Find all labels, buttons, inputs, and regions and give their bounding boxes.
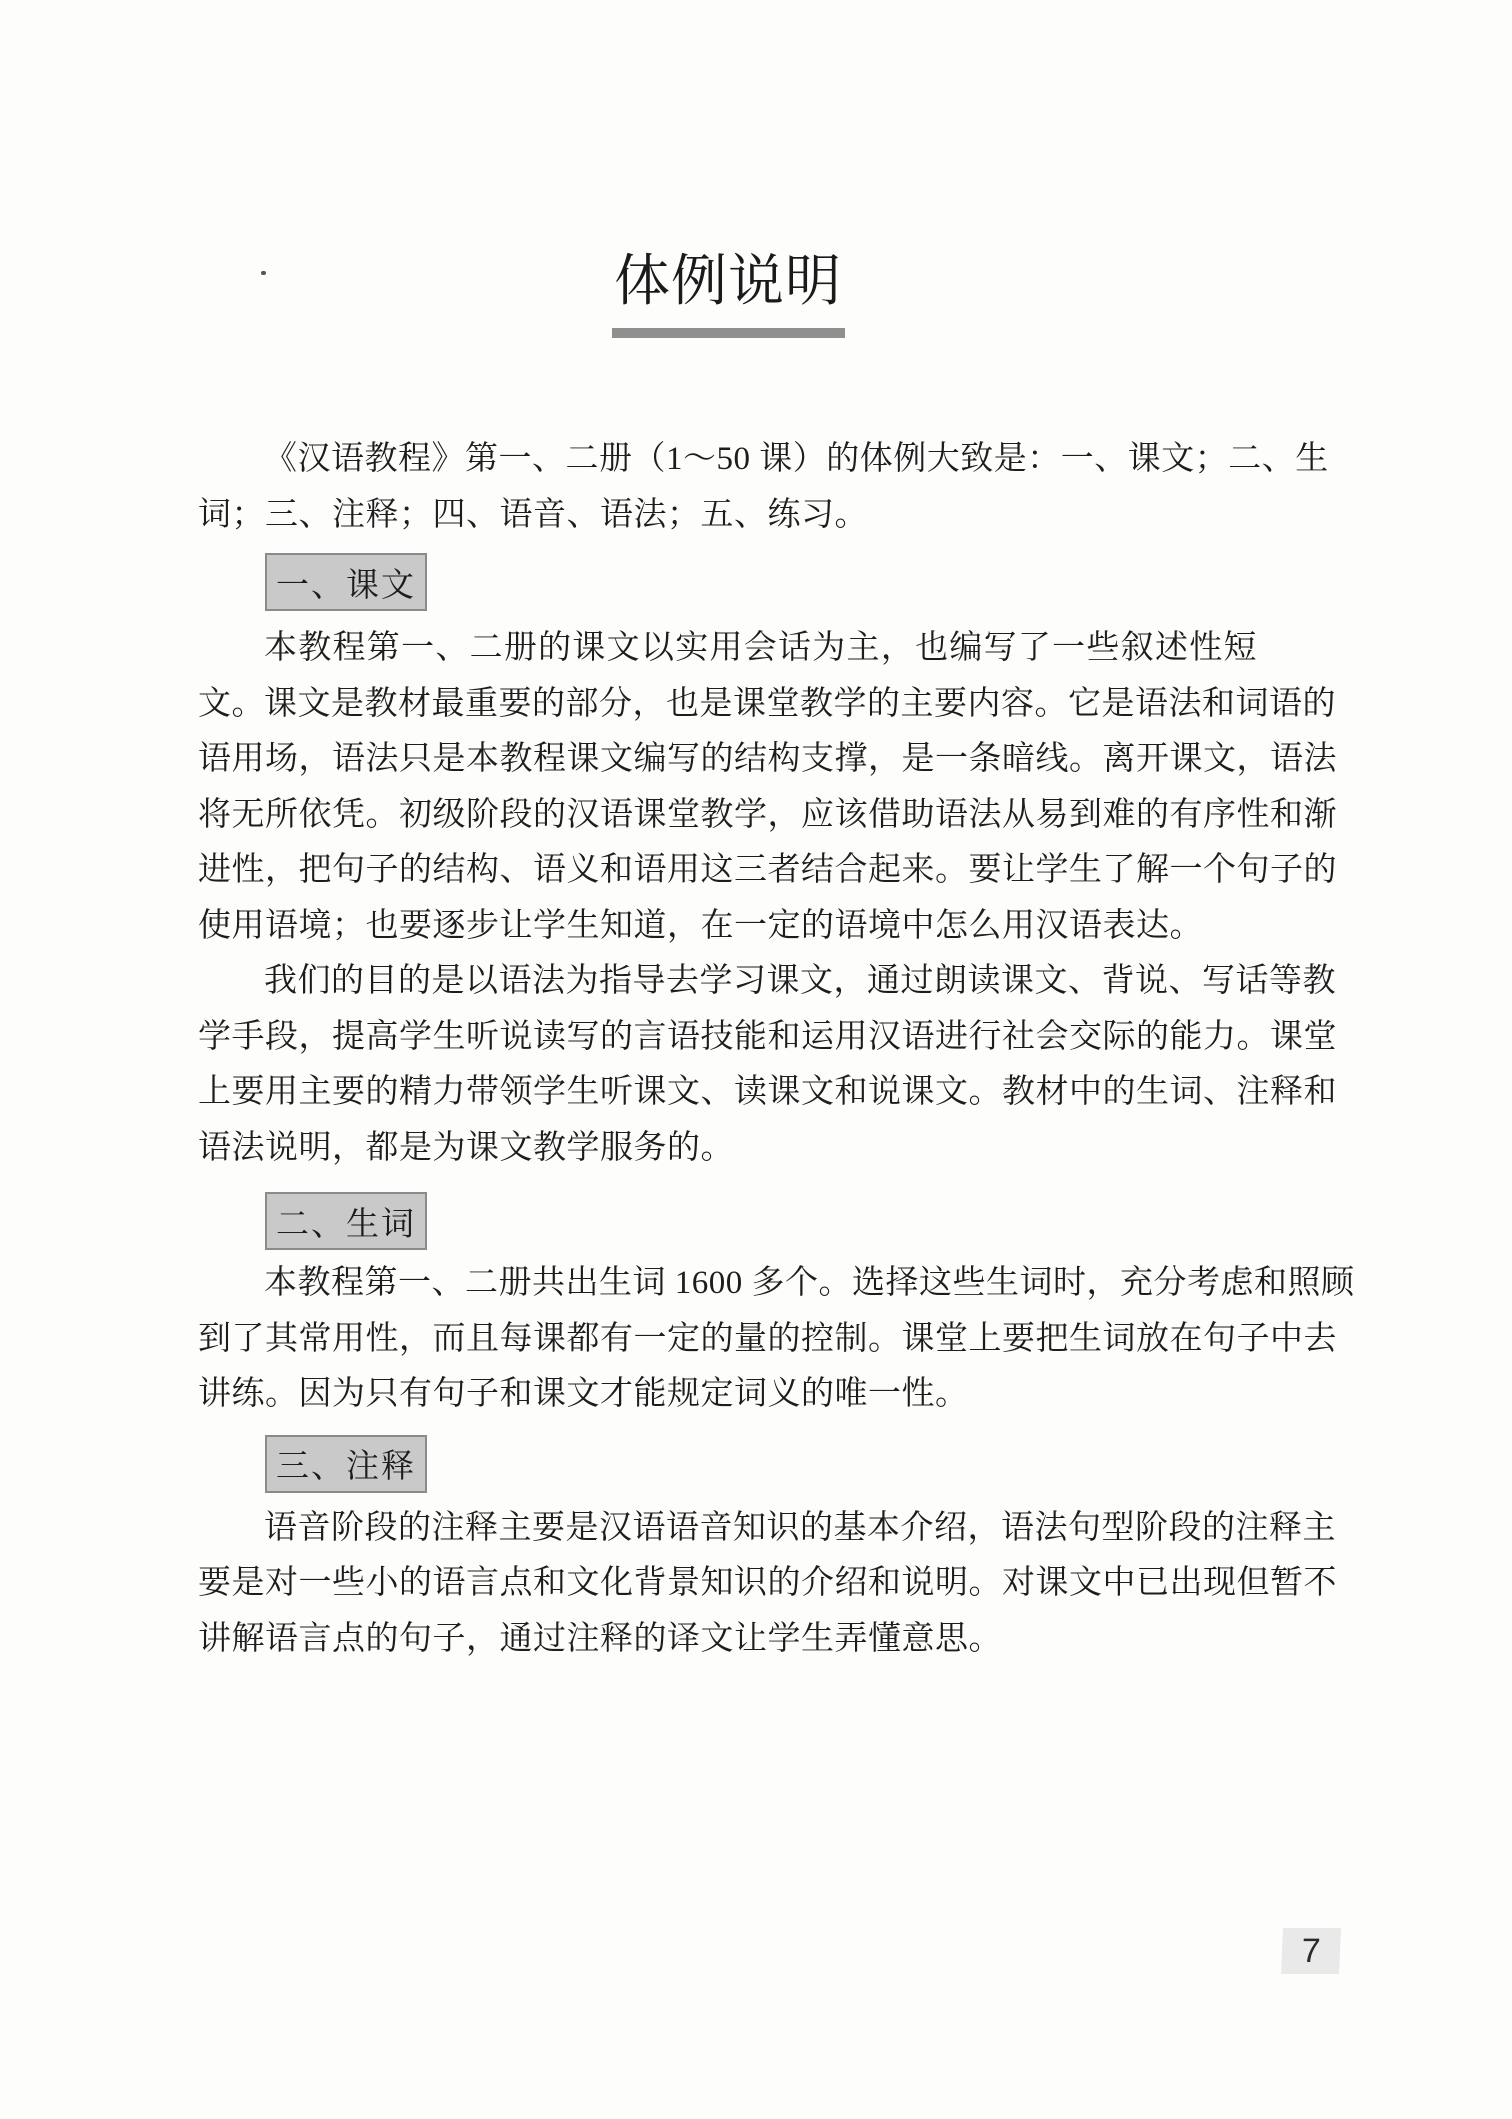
paragraph-line: 本教程第一、二册共出生词 1600 多个。选择这些生词时，充分考虑和照顾 (198, 1256, 1257, 1312)
section-heading-label: 三、注释 (276, 1440, 416, 1487)
paragraph-line: 语用场，语法只是本教程课文编写的结构支撑，是一条暗线。离开课文，语法 (198, 732, 1257, 788)
paragraph-line: 课文是教材最重要的部分，也是课堂教学的主要内容。它是语法和词语的 (198, 677, 1257, 733)
paragraph-line: 到了其常用性，而且每课都有一定的量的控制。课堂上要把生词放在句子中去 (198, 1312, 1257, 1368)
section-heading-label: 一、课文 (276, 559, 416, 606)
section-heading-notes: 三、注释 (265, 1435, 427, 1493)
book-page: 体例说明 《汉语教程》第一、二册（1～50 课）的体例大致是：一、课文；二、生 … (0, 0, 1512, 2119)
paragraph-line: 本教程第一、二册的课文以实用会话为主，也编写了一些叙述性短文。 (198, 621, 1257, 677)
page-title-block: 体例说明 (528, 248, 928, 338)
paragraph-line: 语法说明，都是为课文教学服务的。 (198, 1121, 1257, 1177)
page-title: 体例说明 (528, 248, 928, 316)
paragraph-line: 《汉语教程》第一、二册（1～50 课）的体例大致是：一、课文；二、生 (198, 432, 1257, 488)
paragraph-line: 讲练。因为只有句子和课文才能规定词义的唯一性。 (198, 1367, 1257, 1423)
paragraph-line: 将无所依凭。初级阶段的汉语课堂教学，应该借助语法从易到难的有序性和渐 (198, 788, 1257, 844)
page-number: 7 (1301, 1932, 1322, 1971)
paragraph-line: 使用语境；也要逐步让学生知道，在一定的语境中怎么用汉语表达。 (198, 899, 1257, 955)
title-underline (612, 328, 845, 338)
paragraph-line: 语音阶段的注释主要是汉语语音知识的基本介绍，语法句型阶段的注释主 (198, 1501, 1257, 1557)
paragraph-line: 要是对一些小的语言点和文化背景知识的介绍和说明。对课文中已出现但暂不 (198, 1556, 1257, 1612)
section-heading-label: 二、生词 (276, 1198, 416, 1245)
paragraph-line: 上要用主要的精力带领学生听课文、读课文和说课文。教材中的生词、注释和 (198, 1065, 1257, 1121)
paragraph-line: 讲解语言点的句子，通过注释的译文让学生弄懂意思。 (198, 1612, 1257, 1668)
section-heading-text: 一、课文 (265, 553, 427, 611)
page-number-badge: 7 (1281, 1928, 1341, 1974)
paragraph-line: 进性，把句子的结构、语义和语用这三者结合起来。要让学生了解一个句子的 (198, 843, 1257, 899)
body-text: 《汉语教程》第一、二册（1～50 课）的体例大致是：一、课文；二、生 词；三、注… (198, 432, 1257, 1667)
paragraph-line: 词；三、注释；四、语音、语法；五、练习。 (198, 488, 1257, 544)
section-heading-new-words: 二、生词 (265, 1192, 427, 1250)
print-speck (261, 271, 266, 275)
paragraph-line: 我们的目的是以语法为指导去学习课文，通过朗读课文、背说、写话等教 (198, 954, 1257, 1010)
paragraph-line: 学手段，提高学生听说读写的言语技能和运用汉语进行社会交际的能力。课堂 (198, 1010, 1257, 1066)
